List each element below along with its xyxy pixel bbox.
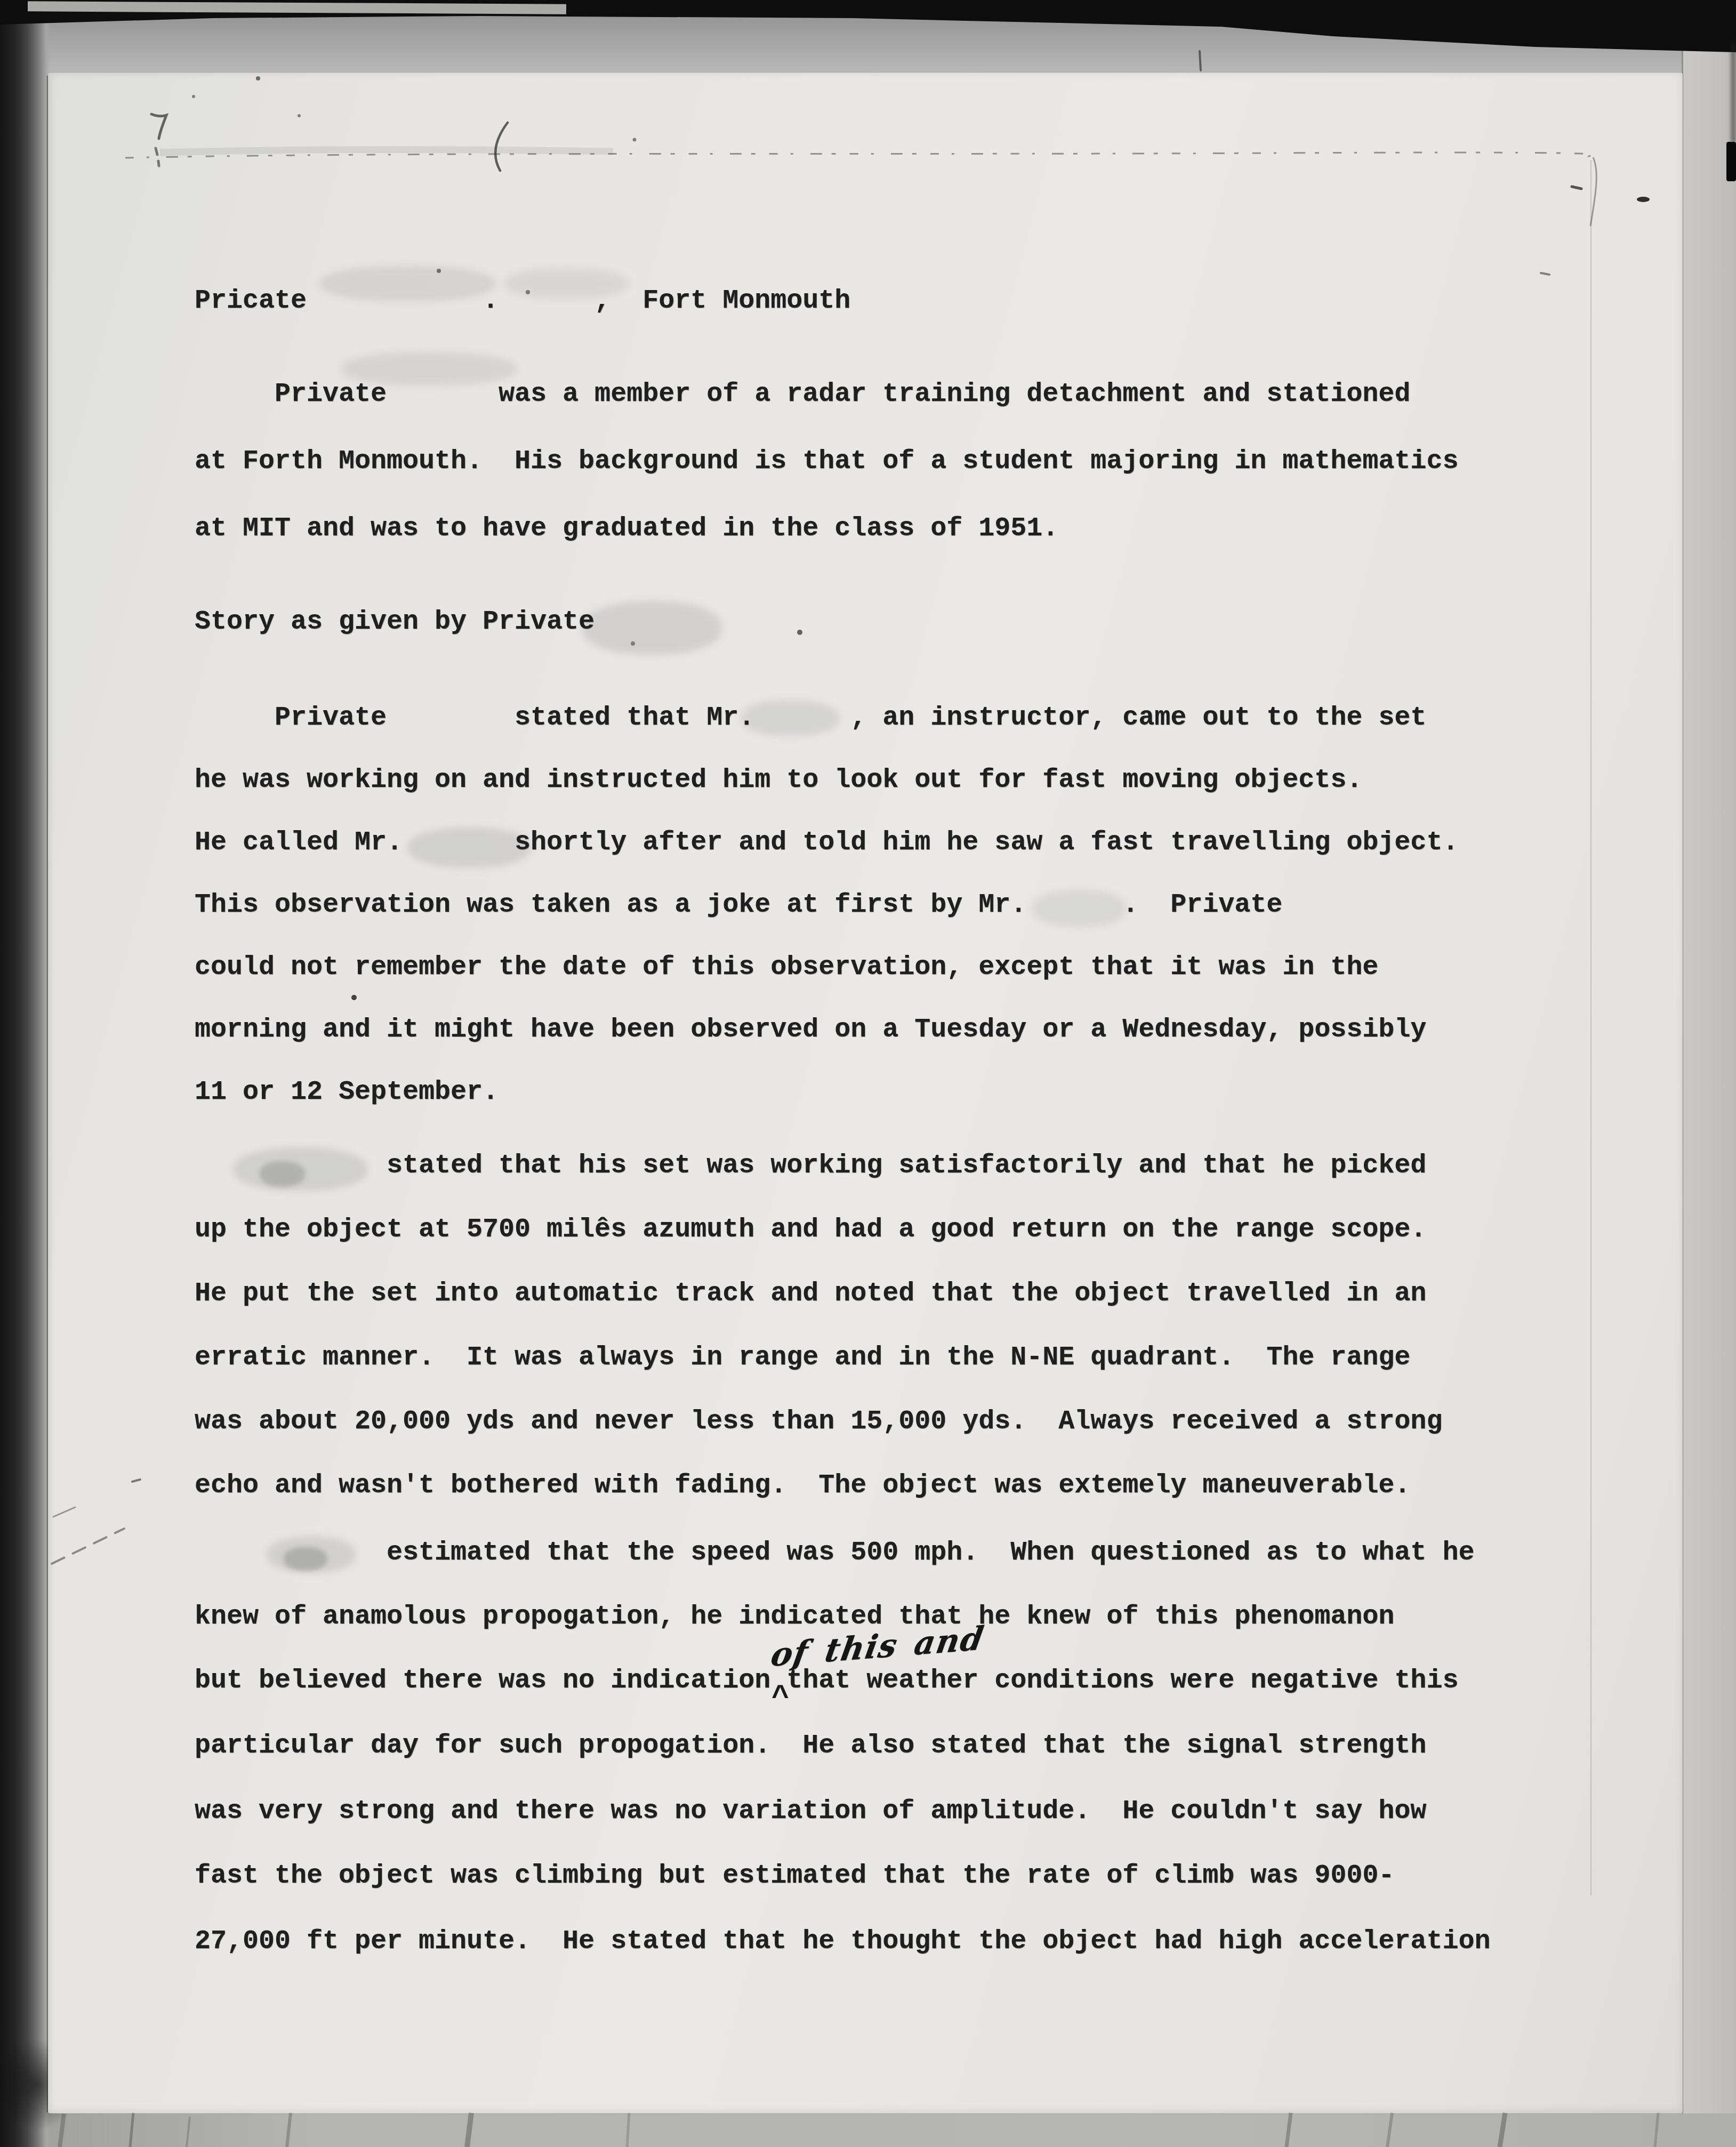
typed-line: He put the set into automatic track and … (195, 1278, 1426, 1309)
typed-line: but believed there was no indication tha… (195, 1666, 1458, 1696)
typed-line: This observation was taken as a joke at … (195, 890, 1282, 921)
typed-line: Pricate . , Fort Monmouth (195, 286, 850, 317)
insertion-caret-mark: ^ (771, 1683, 790, 1712)
typed-line: was very strong and there was no variati… (195, 1796, 1426, 1827)
typed-line: morning and it might have been observed … (195, 1015, 1426, 1046)
typed-line: Private stated that Mr. , an instructor,… (195, 703, 1426, 734)
typed-line: Private was a member of a radar training… (195, 379, 1410, 410)
typed-line: he was working on and instructed him to … (195, 765, 1362, 796)
typed-line: particular day for such propogation. He … (195, 1731, 1426, 1762)
typed-line: He called Mr. shortly after and told him… (195, 827, 1458, 858)
typed-line: echo and wasn't bothered with fading. Th… (195, 1470, 1410, 1501)
typed-line: stated that his set was working satisfac… (195, 1151, 1426, 1181)
typed-line: knew of anamolous propogation, he indica… (195, 1602, 1394, 1633)
typed-line: Story as given by Private (195, 607, 594, 638)
typed-line: at Forth Monmouth. His background is tha… (195, 446, 1458, 477)
typed-line: erratic manner. It was always in range a… (195, 1342, 1410, 1373)
typed-line: could not remember the date of this obse… (195, 952, 1378, 983)
typed-line: 11 or 12 September. (195, 1077, 499, 1108)
typed-line: at MIT and was to have graduated in the … (195, 513, 1058, 544)
typed-line: up the object at 5700 milês azumuth and … (195, 1215, 1426, 1245)
typed-line: 27,000 ft per minute. He stated that he … (195, 1926, 1490, 1957)
typed-line: fast the object was climbing but estimat… (195, 1861, 1394, 1892)
typed-line: was about 20,000 yds and never less than… (195, 1406, 1442, 1437)
typed-text-layer: Pricate . , Fort Monmouth Private was a … (0, 0, 1736, 2147)
scanned-document-page: Pricate . , Fort Monmouth Private was a … (0, 0, 1736, 2147)
typed-line: estimated that the speed was 500 mph. Wh… (195, 1538, 1474, 1569)
